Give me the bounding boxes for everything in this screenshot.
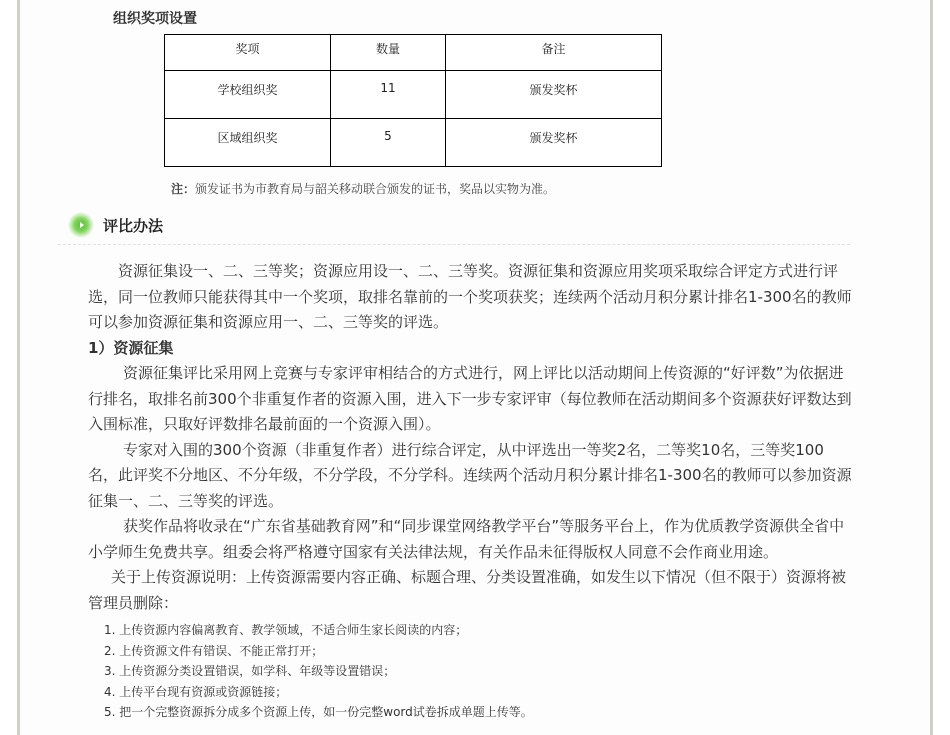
header-cell: 奖项 [165, 35, 331, 71]
note-text: 颁发证书为市教育局与韶关移动联合颁发的证书，奖品以实物为准。 [195, 182, 555, 196]
intro-paragraph: 资源征集设一、二、三等奖；资源应用设一、二、三等奖。资源征集和资源应用奖项采取综… [88, 259, 852, 336]
paragraph-collection: 资源征集评比采用网上竞赛与专家评审相结合的方式进行，网上评比以活动期间上传资源的… [88, 361, 852, 438]
org-awards-title: 组织奖项设置 [113, 8, 197, 28]
evaluation-body: 资源征集设一、二、三等奖；资源应用设一、二、三等奖。资源征集和资源应用奖项采取综… [88, 259, 852, 616]
table-cell: 11 [331, 71, 446, 119]
list-item: 1. 上传资源内容偏离教育、教学领域，不适合师生家长阅读的内容； [104, 620, 533, 641]
section-divider [58, 244, 850, 245]
table-cell: 颁发奖杯 [446, 119, 662, 167]
list-item: 5. 把一个完整资源拆分成多个资源上传，如一份完整word试卷拆成单题上传等。 [104, 702, 533, 723]
upload-rules-list: 1. 上传资源内容偏离教育、教学领域，不适合师生家长阅读的内容； 2. 上传资源… [104, 620, 533, 723]
table-cell: 5 [331, 119, 446, 167]
table-row: 学校组织奖 11 颁发奖杯 [165, 71, 662, 119]
header-cell: 备注 [446, 35, 662, 71]
table-cell: 学校组织奖 [165, 71, 331, 119]
paragraph-sharing: 获奖作品将收录在“广东省基础教育网”和“同步课堂网络教学平台”等服务平台上，作为… [88, 514, 852, 565]
table-cell: 颁发奖杯 [446, 71, 662, 119]
evaluation-section-header: 评比办法 [68, 212, 163, 238]
paragraph-expert-review: 专家对入围的300个资源（非重复作者）进行综合评定，从中评选出一等奖2名，二等奖… [88, 438, 852, 515]
paragraph-upload-notes: 关于上传资源说明：上传资源需要内容正确、标题合理、分类设置准确，如发生以下情况（… [88, 565, 852, 616]
list-item: 3. 上传资源分类设置错误，如学科、年级等设置错误； [104, 661, 533, 682]
header-cell: 数量 [331, 35, 446, 71]
list-item: 4. 上传平台现有资源或资源链接； [104, 682, 533, 703]
table-row: 区域组织奖 5 颁发奖杯 [165, 119, 662, 167]
awards-note: 注：颁发证书为市教育局与韶关移动联合颁发的证书，奖品以实物为准。 [171, 180, 555, 197]
table-cell: 区域组织奖 [165, 119, 331, 167]
note-label: 注： [171, 182, 195, 196]
table-header-row: 奖项 数量 备注 [165, 35, 662, 71]
evaluation-title: 评比办法 [103, 215, 163, 236]
org-awards-table: 奖项 数量 备注 学校组织奖 11 颁发奖杯 区域组织奖 5 颁发奖杯 [164, 34, 662, 167]
green-bullet-play-icon [68, 212, 94, 238]
subsection-title: 1）资源征集 [88, 336, 852, 362]
list-item: 2. 上传资源文件有错误、不能正常打开； [104, 641, 533, 662]
